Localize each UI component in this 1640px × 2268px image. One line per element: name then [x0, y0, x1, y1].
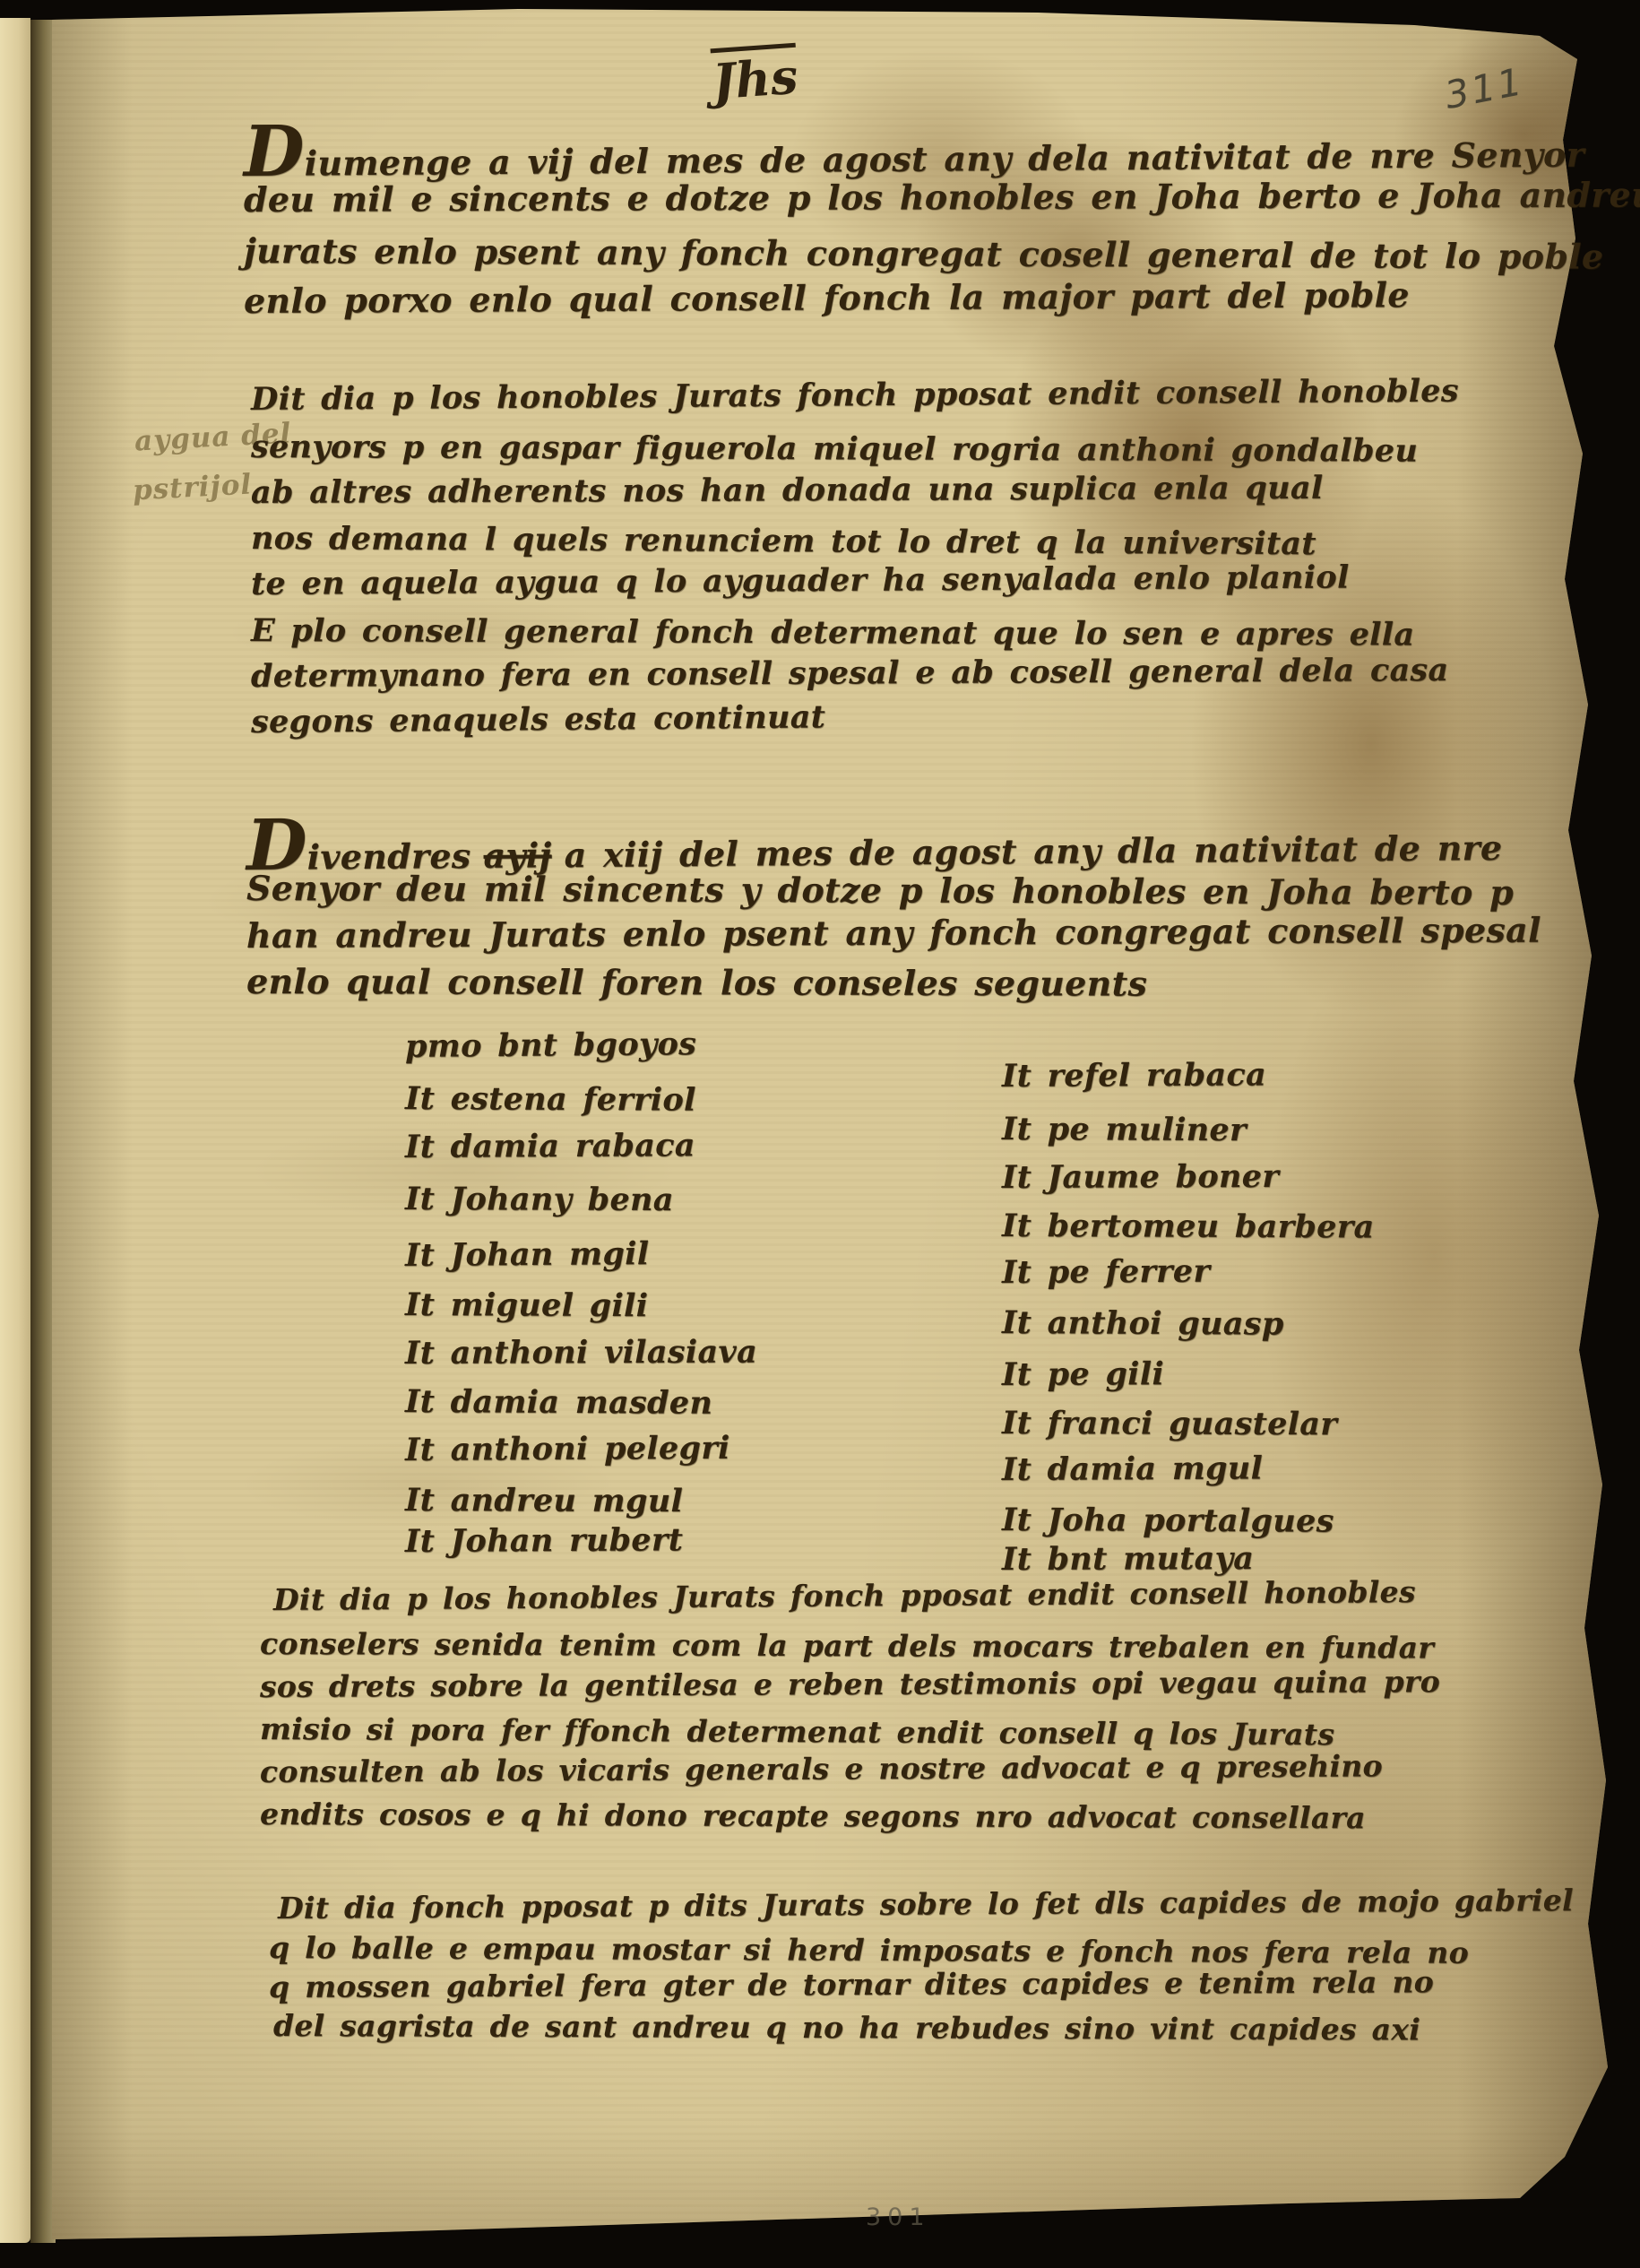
text-line: enlo porxo enlo qual consell fonch la ma… — [244, 278, 1410, 318]
text-line: nos demana l quels renunciem tot lo dret… — [251, 523, 1316, 559]
book-gutter-shadow — [30, 20, 56, 2243]
text-line: Divendresayija xiij del mes de agost any… — [246, 811, 1503, 875]
text-line: enlo qual consell foren los conseles seg… — [246, 965, 1147, 1001]
text-line: endits cosos e q hi dono recapte segons … — [260, 1799, 1366, 1832]
list-item: It pe gili — [1002, 1358, 1164, 1390]
list-item: It damia mgul — [1002, 1452, 1263, 1485]
text-line: q mossen gabriel fera gter de tornar dit… — [269, 1967, 1434, 2002]
list-item: It miguel gili — [405, 1289, 648, 1321]
text-line: Senyor deu mil sincents y dotze p los ho… — [246, 871, 1514, 910]
text-line: te en aquela aygua q lo ayguader ha seny… — [251, 562, 1350, 600]
list-item: It refel rabaca — [1002, 1059, 1266, 1092]
text-line: consulten ab los vicaris generals e nost… — [260, 1751, 1383, 1787]
text-line: jurats enlo psent any fonch congregat co… — [244, 234, 1604, 274]
list-item: It pe ferrer — [1002, 1256, 1210, 1288]
facing-page-edge — [0, 18, 30, 2243]
text-line: han andreu Jurats enlo psent any fonch c… — [246, 913, 1541, 953]
list-item: It anthoi guasp — [1002, 1307, 1284, 1340]
ihs-monogram: Jhs — [711, 48, 799, 110]
text-line: E plo consell general fonch determenat q… — [251, 615, 1415, 651]
list-item: It estena ferriol — [405, 1083, 696, 1116]
manuscript-scan: Jhs 311 aygua del pstrijol Diumenge a vi… — [0, 0, 1640, 2268]
text-line: Dit dia p los honobles Jurats fonch ppos… — [251, 376, 1459, 415]
list-item: It bertomeu barbera — [1002, 1210, 1375, 1242]
text-line: determynano fera en consell spesal e ab … — [251, 654, 1449, 692]
text-line: senyors p en gaspar figuerola miquel rog… — [251, 431, 1418, 467]
list-item: pmo bnt bgoyos — [405, 1028, 696, 1062]
list-item: It Joha portalgues — [1002, 1504, 1334, 1537]
list-item: It Johan mgil — [405, 1238, 650, 1271]
text-line: Diumenge a vij del mes de agost any dela… — [244, 118, 1584, 181]
list-item: It damia rabaca — [405, 1130, 695, 1163]
list-item: It anthoni vilasiava — [405, 1337, 757, 1369]
text-line: misio si pora fer ffonch determenat endi… — [260, 1714, 1334, 1749]
list-item: It franci guastelar — [1002, 1407, 1337, 1440]
list-item: It andreu mgul — [405, 1485, 683, 1517]
text-line: deu mil e sincents e dotze p los honoble… — [244, 177, 1640, 217]
list-item: It anthoni pelegri — [405, 1433, 730, 1466]
text-line: Dit dia fonch pposat p dits Jurats sobre… — [278, 1885, 1574, 1923]
list-item: It Jaume boner — [1002, 1161, 1279, 1193]
text-fragment: a xiij del mes de agost any dla nativita… — [564, 827, 1502, 875]
list-item: It bnt mutaya — [1002, 1543, 1254, 1575]
list-item: It pe muliner — [1002, 1113, 1247, 1146]
margin-note-line: pstrijol — [132, 469, 253, 507]
list-item: It Johany bena — [405, 1183, 674, 1216]
list-item: It damia masden — [405, 1386, 712, 1419]
text-line: sos drets sobre la gentilesa e reben tes… — [260, 1666, 1440, 1701]
list-item: It Johan rubert — [405, 1524, 683, 1557]
text-line: Dit dia p los honobles Jurats fonch ppos… — [273, 1577, 1416, 1614]
text-line: segons enaquels esta continuat — [251, 701, 825, 738]
text-line: conselers senida tenim com la part dels … — [260, 1629, 1434, 1663]
text-line: q lo balle e empau mostar si herd imposa… — [269, 1933, 1469, 1968]
bottom-archive-number: 301 — [866, 2203, 931, 2231]
text-line: del sagrista de sant andreu q no ha rebu… — [273, 2011, 1420, 2044]
text-line: ab altres adherents nos han donada una s… — [251, 472, 1324, 508]
